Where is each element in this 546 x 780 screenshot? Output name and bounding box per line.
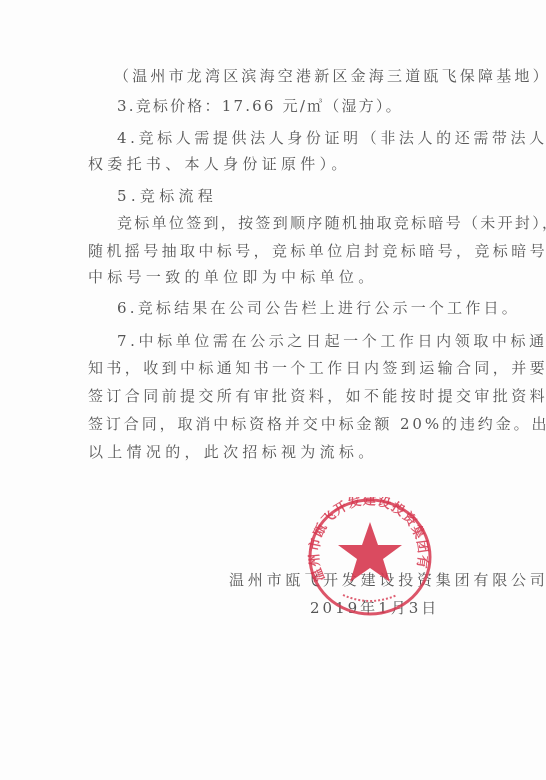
company-seal-icon: 温州市瓯飞开发建设投资集团有限公司 xyxy=(305,497,435,621)
item-7-line-2: 知书，收到中标通知书一个工作日内签到运输合同，并要在 xyxy=(88,358,546,378)
item-7-line-5: 以上情况的，此次招标视为流标。 xyxy=(88,442,378,462)
item-5-heading: 5.竞标流程 xyxy=(117,186,217,206)
item-5-para-line-2: 随机摇号抽取中标号，竞标单位启封竞标暗号，竞标暗号与 xyxy=(88,241,546,261)
item-4-requirements: 4.竞标人需提供法人身份证明（非法人的还需带法人授 xyxy=(117,128,546,148)
item-7-line-4: 签订合同，取消中标资格并交中标金额 20%的违约金。出现 xyxy=(88,414,546,434)
item-7-line-3: 签订合同前提交所有审批资料，如不能按时提交审批资料或 xyxy=(88,386,546,406)
document-page: （温州市龙湾区滨海空港新区金海三道瓯飞保障基地） 3.竞标价格：17.66 元/… xyxy=(0,0,546,780)
item-3-bid-price: 3.竞标价格：17.66 元/㎥（湿方）。 xyxy=(117,96,403,116)
item-5-para-line-3: 中标号一致的单位即为中标单位。 xyxy=(88,267,378,287)
address-line: （温州市龙湾区滨海空港新区金海三道瓯飞保障基地） xyxy=(114,66,546,86)
item-6-result: 6.竞标结果在公司公告栏上进行公示一个工作日。 xyxy=(117,298,520,318)
item-7-line-1: 7.中标单位需在公示之日起一个工作日内领取中标通 xyxy=(117,331,546,351)
item-5-para-line-1: 竞标单位签到，按签到顺序随机抽取竞标暗号（未开封）， xyxy=(117,213,546,233)
item-4-requirements-cont: 权委托书、本人身份证原件）。 xyxy=(88,154,351,174)
